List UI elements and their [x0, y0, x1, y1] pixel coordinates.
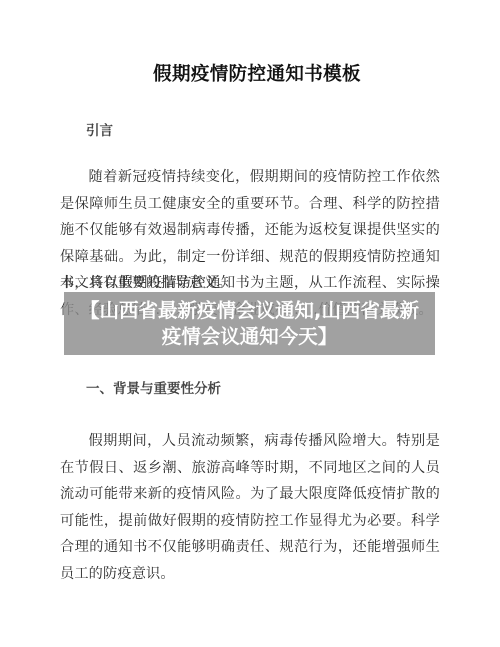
background-paragraph-1: 假期期间，人员流动频繁，病毒传播风险增大。特别是在节假日、返乡潮、旅游高峰等时期…	[60, 428, 440, 587]
section-heading-intro: 引言	[86, 119, 113, 139]
document-title: 假期疫情防控通知书模板	[0, 60, 500, 86]
section-heading-background: 一、背景与重要性分析	[86, 377, 221, 397]
document-page: 假期疫情防控通知书模板 引言 随着新冠疫情持续变化，假期期间的疫情防控工作依然是…	[0, 0, 500, 647]
overlay-banner: 【山西省最新疫情会议通知,山西省最新疫情会议通知今天】	[64, 292, 435, 355]
overlay-banner-text: 【山西省最新疫情会议通知,山西省最新疫情会议通知今天】	[75, 298, 425, 350]
